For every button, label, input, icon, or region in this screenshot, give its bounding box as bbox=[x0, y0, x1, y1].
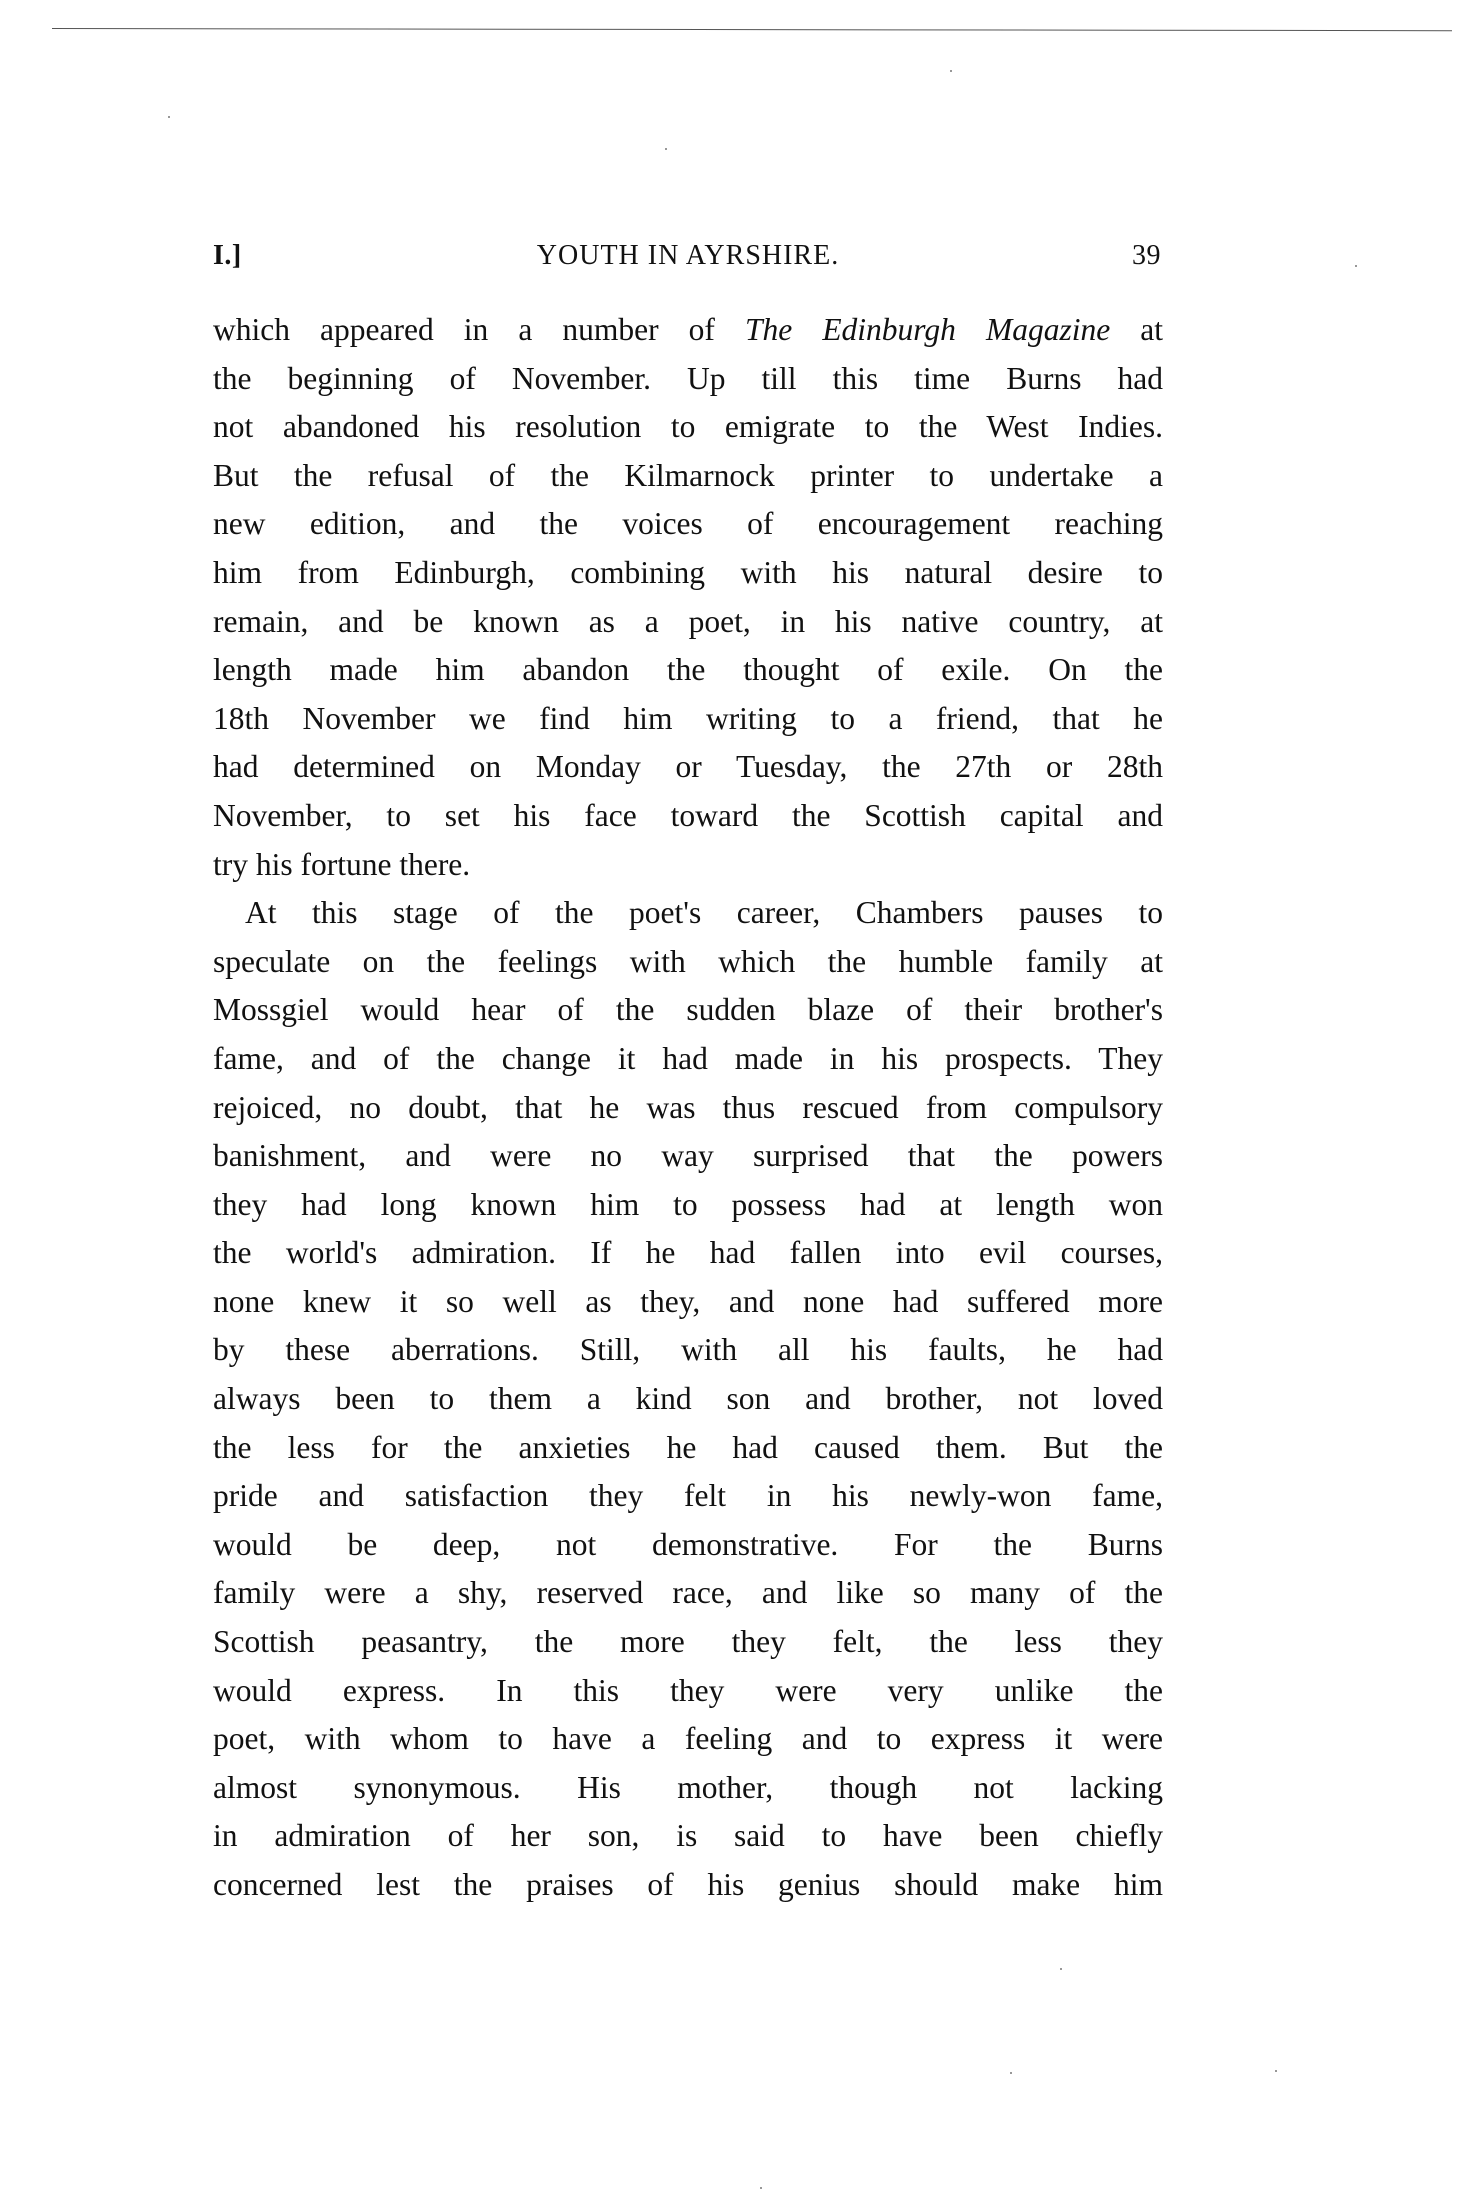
scan-speck bbox=[1060, 1968, 1062, 1970]
scan-speck bbox=[1010, 2072, 1012, 2074]
paragraph-first-line: At this stage of the poet's career, Cham… bbox=[213, 889, 1163, 938]
text-line: the less for the anxieties he had caused… bbox=[213, 1424, 1163, 1473]
text-line: always been to them a kind son and broth… bbox=[213, 1375, 1163, 1424]
text-line: poet, with whom to have a feeling and to… bbox=[213, 1715, 1163, 1764]
text-line: they had long known him to possess had a… bbox=[213, 1181, 1163, 1230]
text-line: which appeared in a number of The Edinbu… bbox=[213, 306, 1163, 355]
text-line: 18th November we find him writing to a f… bbox=[213, 695, 1163, 744]
text-line: But the refusal of the Kilmarnock printe… bbox=[213, 452, 1163, 501]
text-line: not abandoned his resolution to emigrate… bbox=[213, 403, 1163, 452]
scan-speck bbox=[1355, 265, 1357, 267]
text-line: family were a shy, reserved race, and li… bbox=[213, 1569, 1163, 1618]
italic-title: The Edinburgh Magazine bbox=[745, 312, 1110, 347]
text-span: which appeared in a number of bbox=[213, 312, 745, 347]
text-line: him from Edinburgh, combining with his n… bbox=[213, 549, 1163, 598]
text-line: length made him abandon the thought of e… bbox=[213, 646, 1163, 695]
text-line: rejoiced, no doubt, that he was thus res… bbox=[213, 1084, 1163, 1133]
body-text: which appeared in a number of The Edinbu… bbox=[213, 306, 1163, 1910]
text-line: in admiration of her son, is said to hav… bbox=[213, 1812, 1163, 1861]
scan-speck bbox=[950, 70, 952, 72]
page-number: 39 bbox=[1132, 240, 1161, 272]
scan-speck bbox=[665, 148, 667, 150]
text-line: none knew it so well as they, and none h… bbox=[213, 1278, 1163, 1327]
text-line: remain, and be known as a poet, in his n… bbox=[213, 598, 1163, 647]
scan-speck bbox=[760, 2187, 762, 2189]
running-title: YOUTH IN AYRSHIRE. bbox=[213, 240, 1163, 272]
text-line: by these aberrations. Still, with all hi… bbox=[213, 1326, 1163, 1375]
text-line: the beginning of November. Up till this … bbox=[213, 355, 1163, 404]
text-line: Scottish peasantry, the more they felt, … bbox=[213, 1618, 1163, 1667]
paragraph-last-line: try his fortune there. bbox=[213, 841, 1163, 890]
text-line: almost synonymous. His mother, though no… bbox=[213, 1764, 1163, 1813]
scan-speck bbox=[168, 116, 170, 118]
text-line: November, to set his face toward the Sco… bbox=[213, 792, 1163, 841]
scan-speck bbox=[1275, 2070, 1277, 2072]
text-line: pride and satisfaction they felt in his … bbox=[213, 1472, 1163, 1521]
text-line: concerned lest the praises of his genius… bbox=[213, 1861, 1163, 1910]
top-edge-rule bbox=[52, 28, 1452, 31]
text-line: would be deep, not demonstrative. For th… bbox=[213, 1521, 1163, 1570]
text-span: at bbox=[1110, 312, 1163, 347]
text-line: had determined on Monday or Tuesday, the… bbox=[213, 743, 1163, 792]
text-line: new edition, and the voices of encourage… bbox=[213, 500, 1163, 549]
text-line: fame, and of the change it had made in h… bbox=[213, 1035, 1163, 1084]
text-line: Mossgiel would hear of the sudden blaze … bbox=[213, 986, 1163, 1035]
running-header: I.] YOUTH IN AYRSHIRE. 39 bbox=[213, 240, 1163, 280]
text-line: the world's admiration. If he had fallen… bbox=[213, 1229, 1163, 1278]
text-line: would express. In this they were very un… bbox=[213, 1667, 1163, 1716]
text-line: speculate on the feelings with which the… bbox=[213, 938, 1163, 987]
text-line: banishment, and were no way surprised th… bbox=[213, 1132, 1163, 1181]
